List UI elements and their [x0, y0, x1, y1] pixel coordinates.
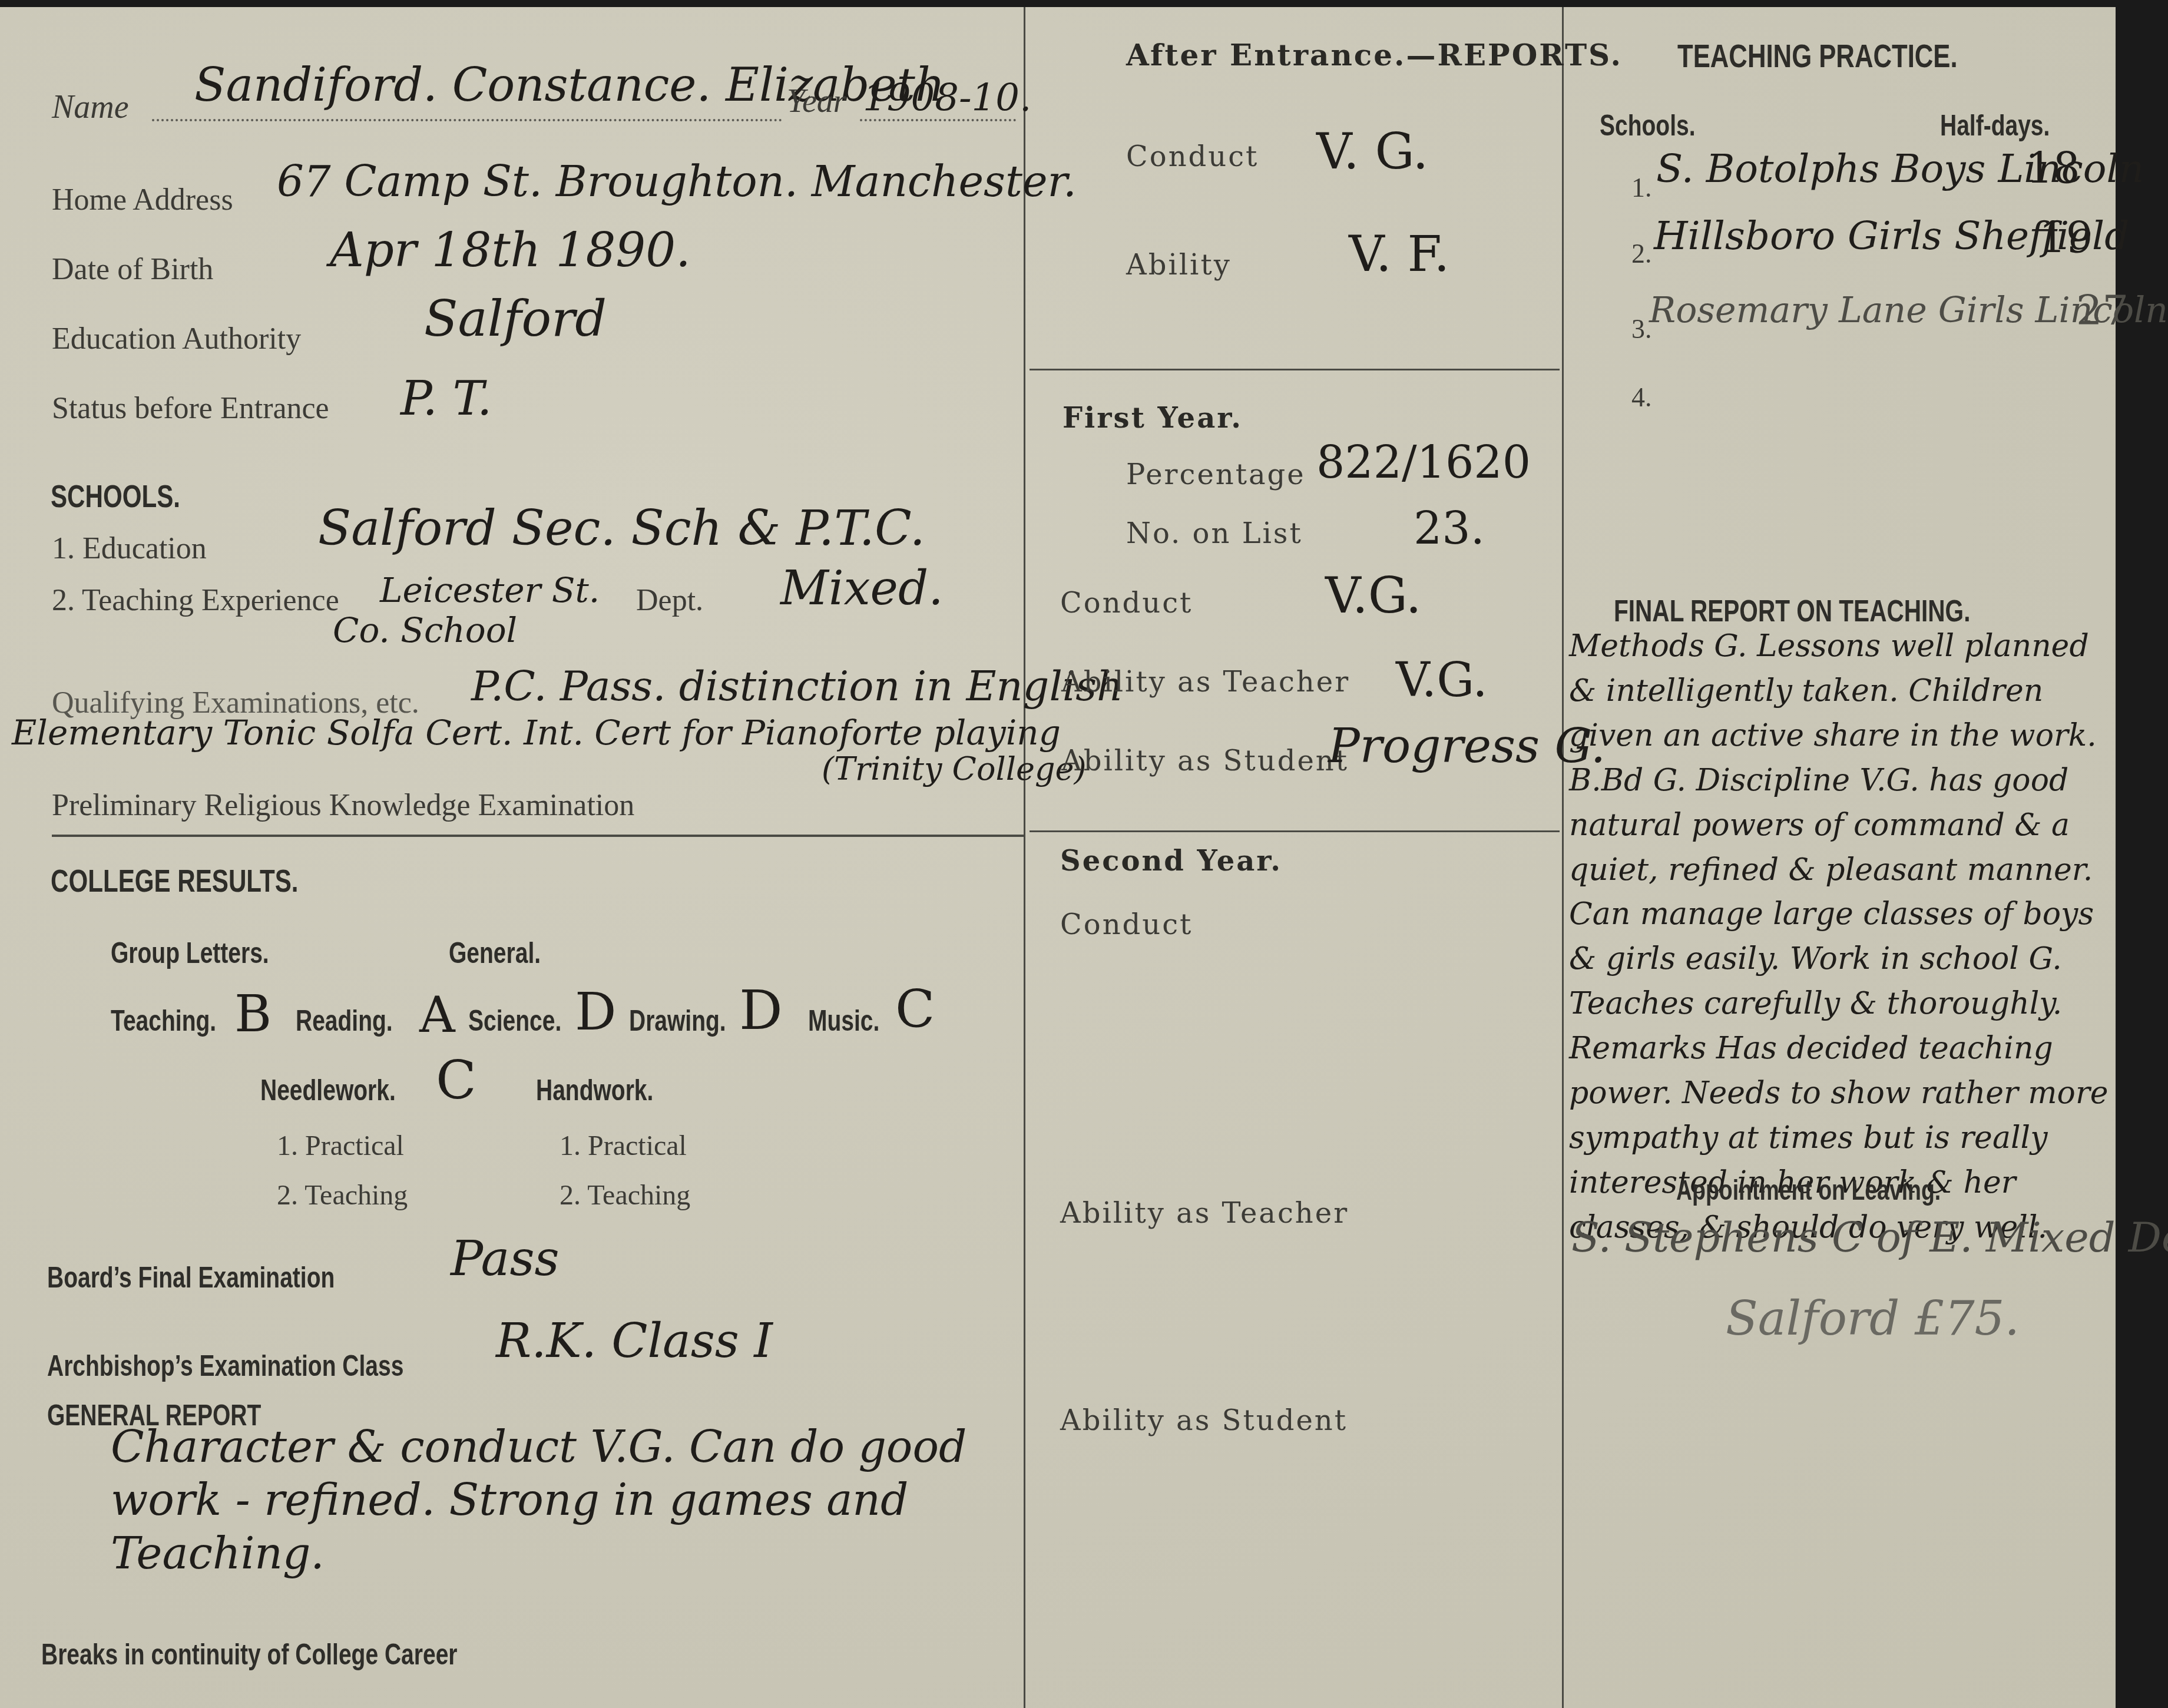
subject-label-teaching: Teaching.	[111, 1004, 216, 1038]
subject-grade-teaching: B	[234, 985, 272, 1044]
column-divider-2	[1562, 7, 1564, 1708]
final-report-value: Methods G. Lessons well planned & intell…	[1569, 624, 2111, 1250]
needlework-label: Needlework.	[260, 1073, 396, 1107]
name-dotted-line	[152, 119, 782, 121]
after-entrance-conduct-label: Conduct	[1126, 140, 1259, 173]
tp-row-2-num: 2.	[1631, 238, 1652, 269]
percentage-label: Percentage	[1126, 458, 1306, 491]
second-year-heading: Second Year.	[1060, 845, 1282, 878]
year-label: Year	[787, 82, 846, 120]
first-year-conduct-label: Conduct	[1060, 587, 1193, 620]
tp-row-3-halfdays: 27	[2076, 286, 2129, 335]
no-on-list-value: 23.	[1414, 502, 1485, 554]
dob-label: Date of Birth	[52, 252, 213, 287]
status-value: P. T.	[400, 371, 492, 426]
second-year-conduct-label: Conduct	[1060, 908, 1193, 941]
teaching-experience-value-1: Leicester St.	[380, 570, 600, 610]
tp-row-1-num: 1.	[1631, 172, 1652, 203]
first-year-ability-student-label: Ability as Student	[1061, 744, 1349, 777]
subject-label-music: Music.	[808, 1004, 879, 1038]
needlework-teaching: 2. Teaching	[277, 1179, 408, 1212]
status-label: Status before Entrance	[52, 391, 329, 426]
subject-label-reading: Reading.	[296, 1004, 393, 1038]
rule-after-entrance-bottom	[1030, 369, 1560, 370]
college-results-heading: COLLEGE RESULTS.	[51, 863, 298, 899]
column-divider-1	[1024, 7, 1025, 1708]
tp-row-1-halfdays: 18	[2026, 144, 2080, 193]
tp-halfdays-label: Half-days.	[1940, 108, 2050, 143]
final-report-heading: FINAL REPORT ON TEACHING.	[1614, 594, 1970, 629]
teaching-experience-value-2: Co. School	[333, 610, 517, 650]
qualifying-value-3: (Trinity College)	[822, 750, 1087, 787]
teaching-experience-label: 2. Teaching Experience	[52, 583, 339, 618]
needlework-practical: 1. Practical	[277, 1130, 404, 1162]
general-report-value: Character & conduct V.G. Can do good wor…	[111, 1421, 1006, 1580]
education-authority-value: Salford	[424, 290, 607, 347]
second-year-ability-student-label: Ability as Student	[1060, 1404, 1348, 1437]
first-year-ability-teacher-label: Ability as Teacher	[1061, 666, 1350, 699]
first-year-heading: First Year.	[1063, 402, 1243, 435]
handwork-teaching: 2. Teaching	[560, 1179, 690, 1212]
handwork-label: Handwork.	[536, 1073, 653, 1107]
dept-value: Mixed.	[780, 561, 944, 615]
student-record-card: Name Sandiford. Constance. Elizabeth Yea…	[0, 7, 2116, 1708]
appointment-value-1: S. Stephens C of E. Mixed Dept.	[1571, 1213, 2168, 1262]
dob-value: Apr 18th 1890.	[330, 223, 691, 277]
subject-label-science: Science.	[468, 1004, 561, 1038]
rule-schools-bottom	[52, 835, 1024, 837]
breaks-label: Breaks in continuity of College Career	[41, 1637, 458, 1671]
subject-grade-music: C	[895, 979, 935, 1040]
schools-heading: SCHOOLS.	[51, 478, 180, 515]
home-address-label: Home Address	[52, 183, 233, 217]
tp-row-4-num: 4.	[1631, 382, 1652, 413]
boards-final-label: Board’s Final Examination	[47, 1260, 335, 1295]
schools-education-label: 1. Education	[52, 531, 207, 566]
prelim-religious-label: Preliminary Religious Knowledge Examinat…	[52, 788, 634, 823]
home-address-value: 67 Camp St. Broughton. Manchester.	[277, 157, 1077, 206]
first-year-ability-teacher-value: V.G.	[1396, 653, 1488, 707]
handwork-practical: 1. Practical	[560, 1130, 687, 1162]
general-label: General.	[449, 936, 541, 970]
first-year-ability-student-value: Progress G.	[1328, 719, 1606, 773]
rule-first-year-bottom	[1030, 830, 1560, 832]
needlework-grade: C	[436, 1050, 476, 1111]
name-label: Name	[52, 88, 129, 126]
year-value: 1908-10.	[863, 77, 1031, 120]
qualifying-value-1: P.C. Pass. distinction in English	[471, 662, 1123, 710]
after-entrance-conduct-value: V. G.	[1316, 123, 1428, 180]
subject-label-drawing: Drawing.	[629, 1004, 726, 1038]
archbishop-label: Archbishop’s Examination Class	[47, 1349, 403, 1383]
dept-label: Dept.	[636, 583, 703, 618]
appointment-value-2: Salford £75.	[1726, 1291, 2020, 1346]
no-on-list-label: No. on List	[1126, 517, 1303, 550]
subject-grade-drawing: D	[739, 979, 783, 1042]
qualifying-value-2: Elementary Tonic Solfa Cert. Int. Cert f…	[12, 713, 1061, 753]
after-entrance-ability-value: V. F.	[1349, 225, 1449, 283]
after-entrance-heading: After Entrance.—REPORTS.	[1126, 38, 1623, 72]
teaching-practice-heading: TEACHING PRACTICE.	[1677, 37, 1958, 75]
education-authority-label: Education Authority	[52, 322, 301, 356]
appointment-label: Appointment on Leaving.	[1676, 1174, 1941, 1207]
schools-education-value: Salford Sec. Sch & P.T.C.	[318, 501, 925, 557]
second-year-ability-teacher-label: Ability as Teacher	[1060, 1197, 1349, 1230]
boards-final-value: Pass	[451, 1231, 560, 1287]
subject-grade-science: D	[575, 981, 617, 1042]
after-entrance-ability-label: Ability	[1126, 249, 1232, 282]
tp-schools-label: Schools.	[1600, 108, 1696, 143]
first-year-conduct-value: V.G.	[1325, 567, 1422, 624]
group-letters-label: Group Letters.	[111, 936, 269, 970]
archbishop-value: R.K. Class I	[496, 1313, 773, 1368]
tp-row-2-halfdays: 19	[2039, 213, 2093, 263]
percentage-value: 822/1620	[1316, 436, 1531, 488]
subject-grade-reading: A	[419, 986, 455, 1044]
